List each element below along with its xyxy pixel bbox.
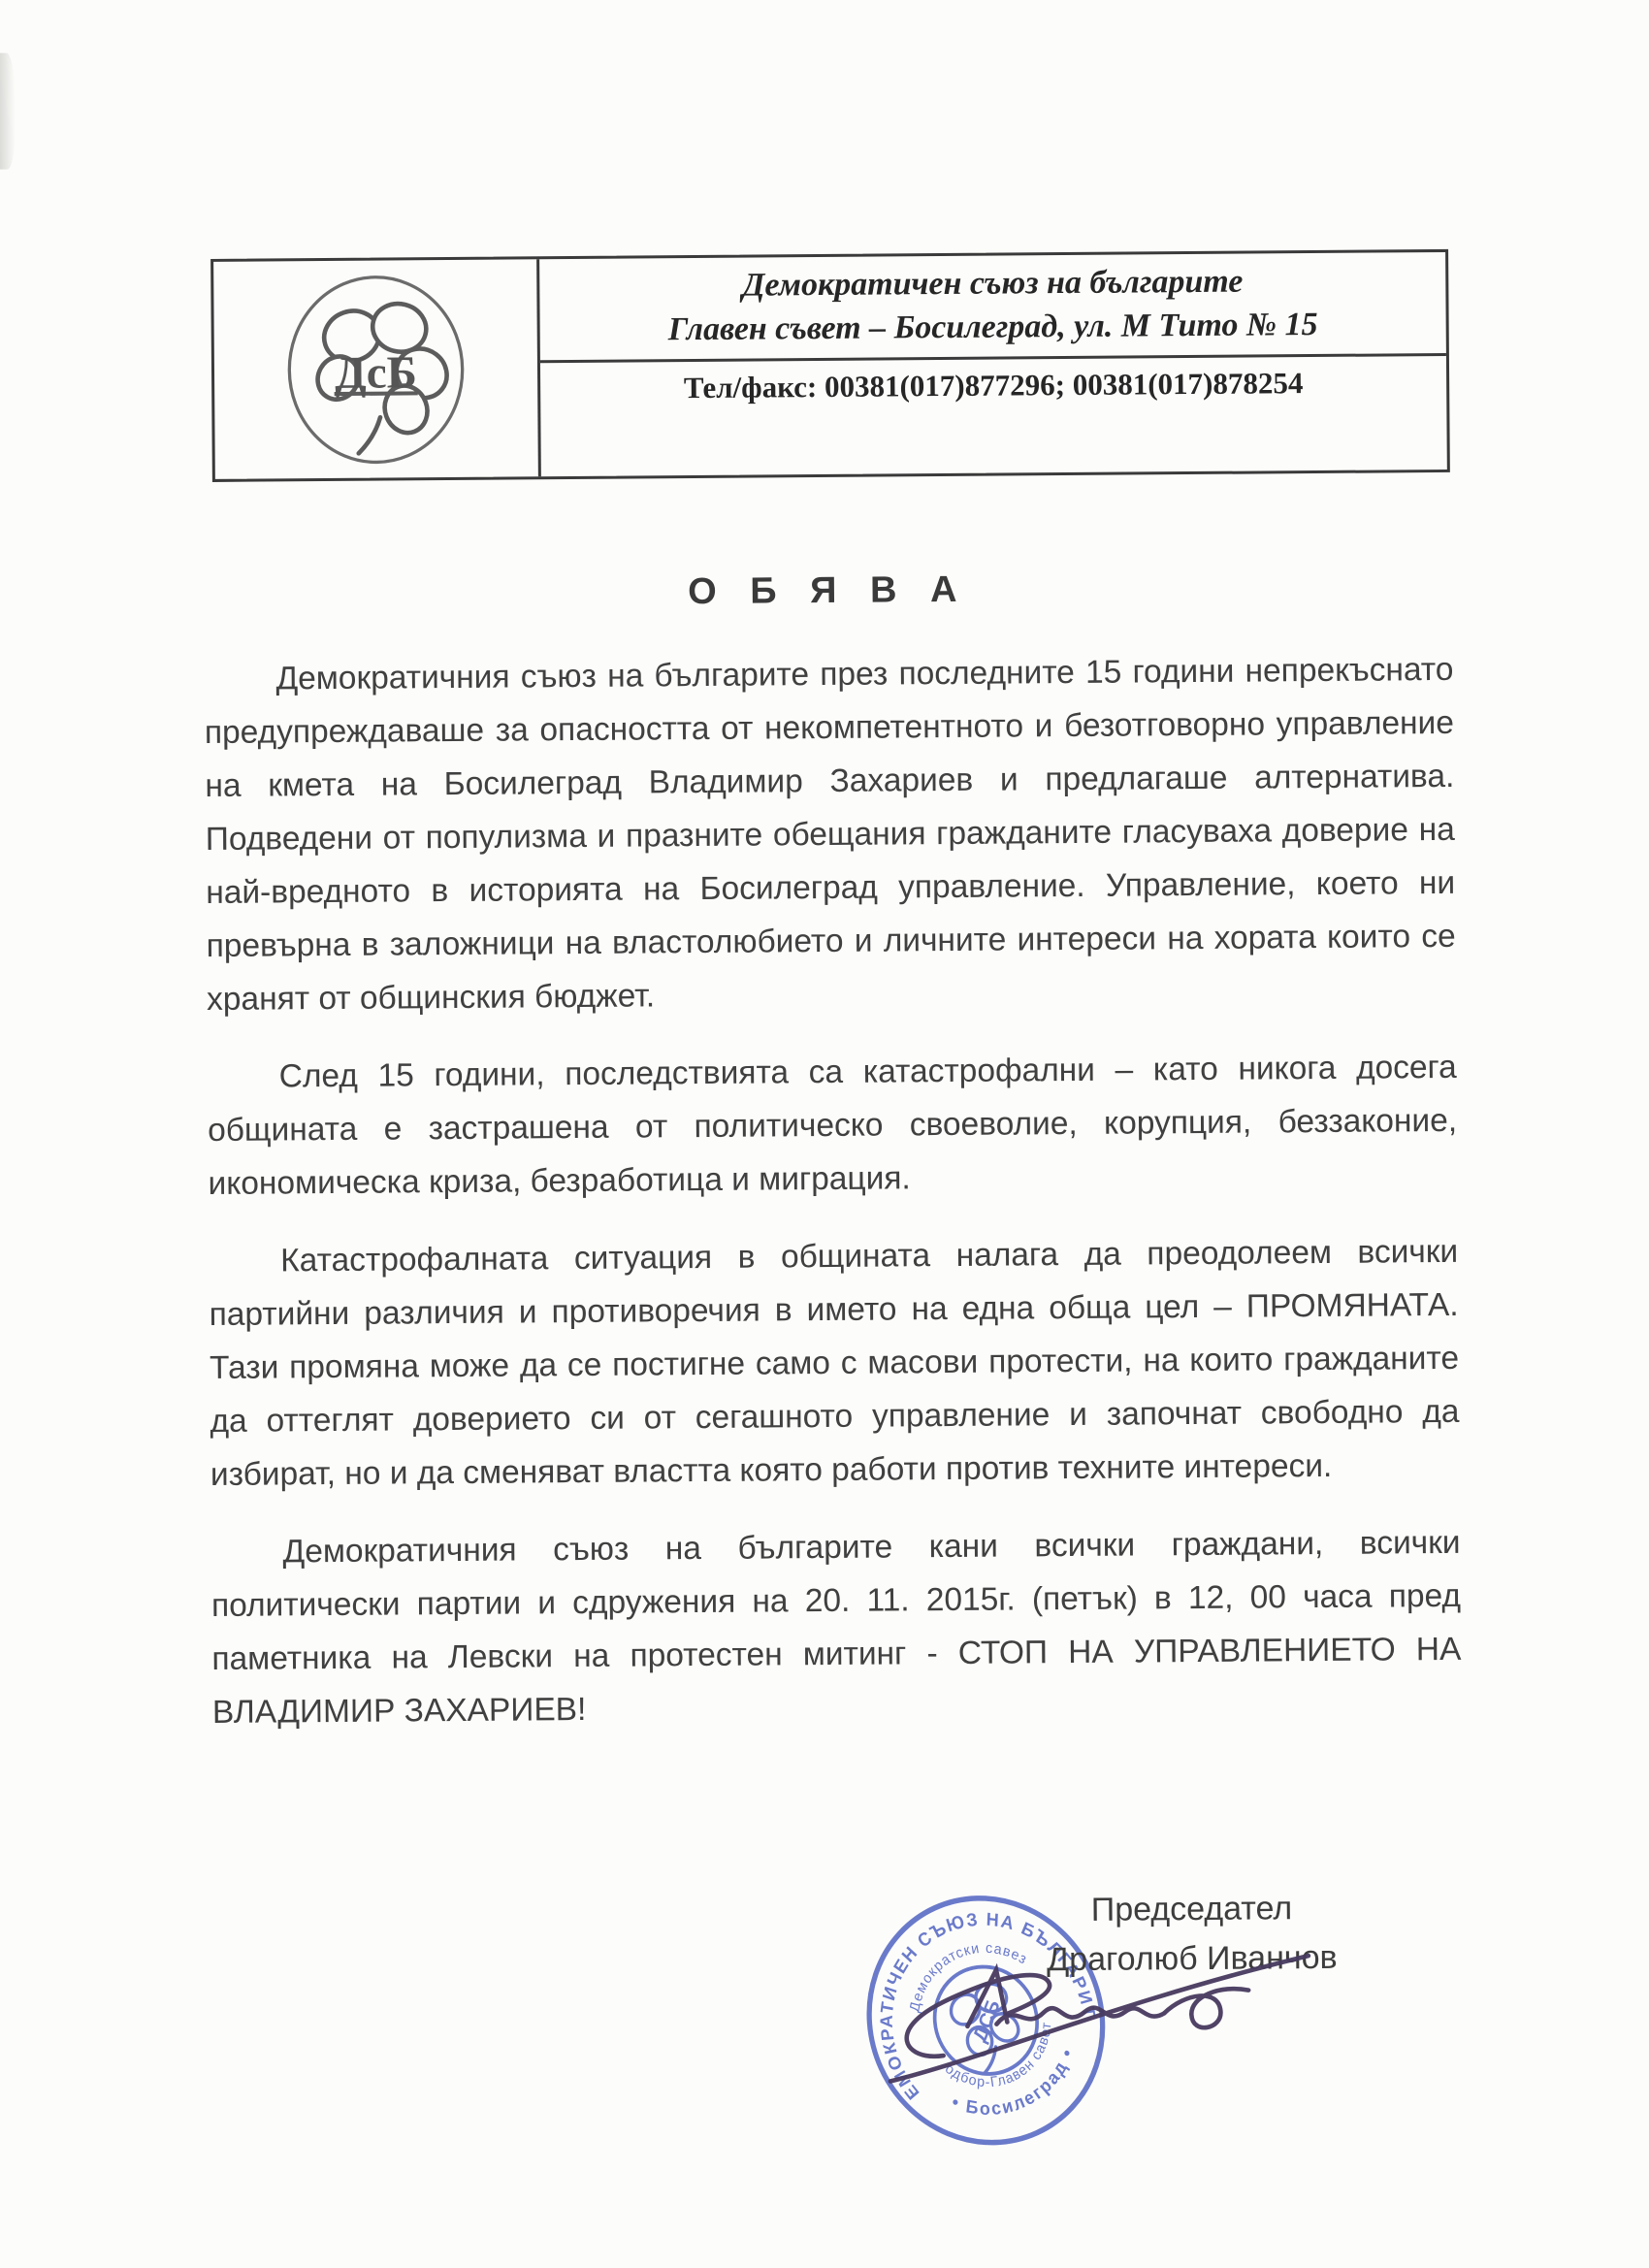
org-lines: Демократичен съюз на българите Главен съ… — [539, 252, 1446, 363]
paragraph-4: Демократичния съюз на българите кани вси… — [210, 1516, 1462, 1739]
paragraph-1: Демократичния съюз на българите през пос… — [204, 643, 1456, 1026]
logo-cell: ДсБ — [213, 259, 541, 479]
org-address: Главен съвет – Босилеград, ул. М Тито № … — [550, 302, 1437, 352]
handwritten-signature — [851, 1928, 1337, 2112]
dsb-clover-logo-icon: ДсБ — [275, 269, 476, 470]
scanned-document-page: ДсБ Демократичен съюз на българите Главе… — [0, 0, 1649, 2268]
document-body: Демократичния съюз на българите през пос… — [204, 643, 1462, 1764]
document-title: О Б Я В А — [204, 566, 1453, 617]
paragraph-2: След 15 години, последствията са катастр… — [208, 1041, 1458, 1211]
paragraph-3: Катастрофалната ситуация в общината нала… — [209, 1225, 1460, 1502]
letterhead-info-cell: Демократичен съюз на българите Главен съ… — [539, 252, 1447, 476]
scan-tilt-wrapper: ДсБ Демократичен съюз на българите Главе… — [0, 0, 1649, 2268]
org-contact: Тел/факс: 00381(017)877296; 00381(017)87… — [540, 356, 1447, 476]
org-name: Демократичен съюз на българите — [549, 258, 1436, 308]
logo-letters: ДсБ — [335, 347, 417, 399]
letterhead-box: ДсБ Демократичен съюз на българите Главе… — [210, 249, 1450, 482]
scan-smudge-artifact — [0, 53, 16, 170]
